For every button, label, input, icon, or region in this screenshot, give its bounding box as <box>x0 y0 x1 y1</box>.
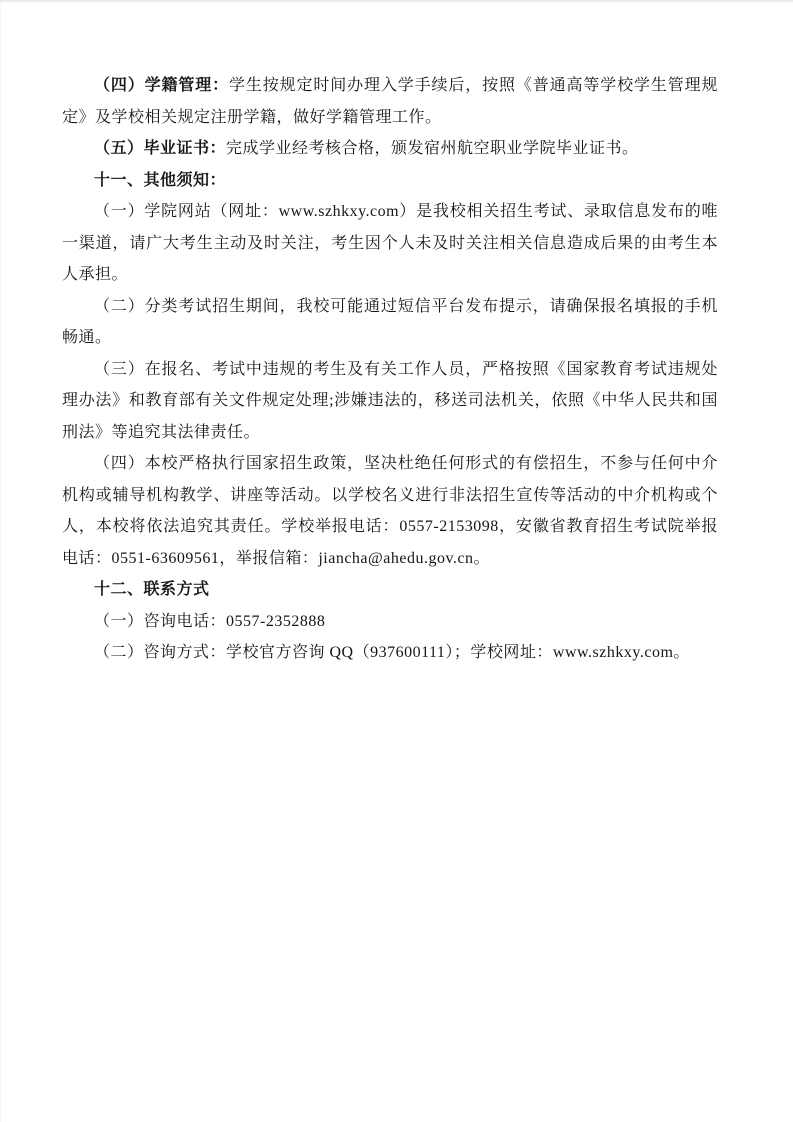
paragraph-website-notice: （一）学院网站（网址：www.szhkxy.com）是我校相关招生考试、录取信息… <box>62 196 718 291</box>
document-page: （四）学籍管理：学生按规定时间办理入学手续后，按照《普通高等学校学生管理规定》及… <box>0 0 793 1122</box>
document-body: （四）学籍管理：学生按规定时间办理入学手续后，按照《普通高等学校学生管理规定》及… <box>0 0 793 669</box>
paragraph-sms-notice: （二）分类考试招生期间，我校可能通过短信平台发布提示，请确保报名填报的手机畅通。 <box>62 291 718 354</box>
paragraph-qq-contact: （二）咨询方式：学校官方咨询 QQ（937600111）；学校网址：www.sz… <box>62 637 718 669</box>
paragraph-anti-fraud-notice: （四）本校严格执行国家招生政策，坚决杜绝任何形式的有偿招生，不参与任何中介机构或… <box>62 448 718 574</box>
paragraph-label: （四）学籍管理： <box>94 77 229 94</box>
section-heading-other-notes: 十一、其他须知： <box>62 165 718 197</box>
paragraph-text: 完成学业经考核合格，颁发宿州航空职业学院毕业证书。 <box>226 140 639 157</box>
paragraph-label: （五）毕业证书： <box>94 140 226 157</box>
paragraph-diploma: （五）毕业证书：完成学业经考核合格，颁发宿州航空职业学院毕业证书。 <box>62 133 718 165</box>
section-heading-contact: 十二、联系方式 <box>62 574 718 606</box>
paragraph-violation-notice: （三）在报名、考试中违规的考生及有关工作人员，严格按照《国家教育考试违规处理办法… <box>62 354 718 449</box>
paragraph-student-status: （四）学籍管理：学生按规定时间办理入学手续后，按照《普通高等学校学生管理规定》及… <box>62 70 718 133</box>
paragraph-phone-contact: （一）咨询电话：0557-2352888 <box>62 606 718 638</box>
